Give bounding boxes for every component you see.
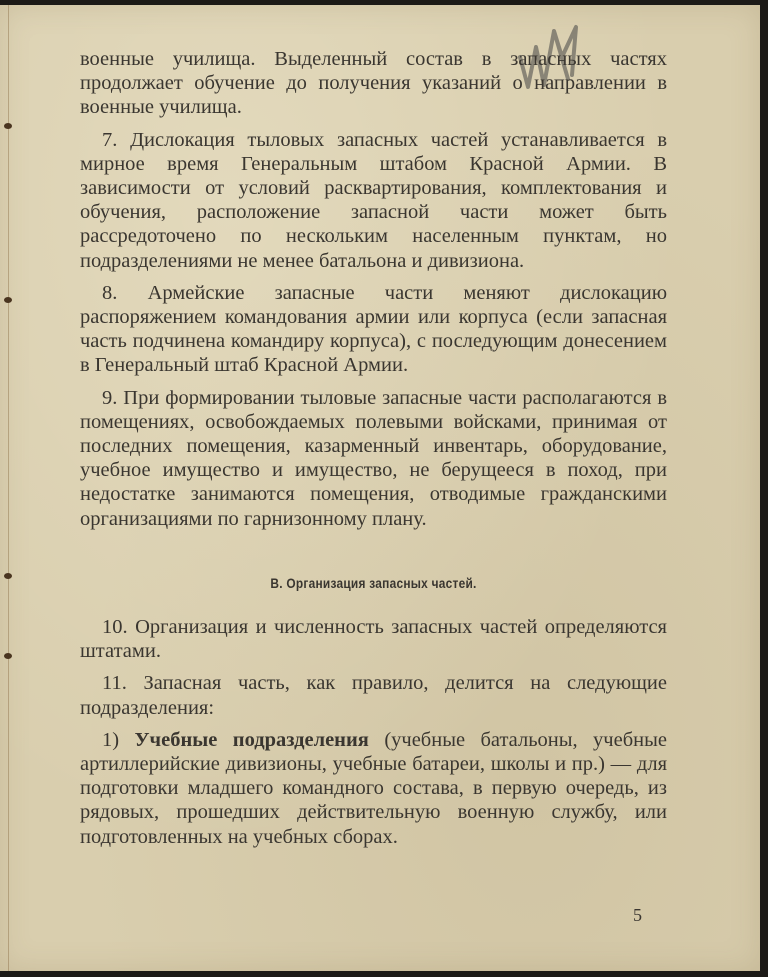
paragraph-number: 7. — [102, 129, 117, 151]
paragraph-text: Запасная часть, как правило, делится на … — [80, 672, 667, 718]
staple-hole — [4, 297, 12, 303]
list-item-term: Учебные подразделения — [134, 729, 368, 751]
page-number: 5 — [633, 905, 642, 926]
paragraph-9: 9. При формировании тыловые запасные час… — [80, 386, 667, 531]
paragraph-8: 8. Армейские запасные части меняют дисло… — [80, 281, 667, 378]
staple-hole — [4, 653, 12, 659]
paragraph-number: 9. — [102, 387, 117, 409]
paragraph-text: Организация и численность запасных часте… — [80, 616, 667, 662]
staple-hole — [4, 573, 12, 579]
paragraph-number: 11. — [102, 672, 127, 694]
paragraph-7: 7. Дислокация тыловых запасных частей ус… — [80, 128, 667, 273]
document-page: военные училища. Выделенный состав в зап… — [0, 5, 760, 971]
list-item-1: 1) Учебные подразделения (учебные баталь… — [80, 728, 667, 849]
list-item-number: 1) — [102, 729, 119, 751]
staple-hole — [4, 123, 12, 129]
paragraph-text: Дислокация тыловых запасных частей устан… — [80, 129, 667, 272]
paragraph-number: 10. — [102, 616, 128, 638]
paragraph-11: 11. Запасная часть, как правило, делится… — [80, 671, 667, 719]
intro-paragraph: военные училища. Выделенный состав в зап… — [80, 47, 667, 120]
paragraph-number: 8. — [102, 282, 117, 304]
binding-edge — [8, 5, 9, 971]
paragraph-text: При формировании тыловые запасные части … — [80, 387, 667, 530]
document-body: военные училища. Выделенный состав в зап… — [80, 47, 667, 857]
paragraph-10: 10. Организация и численность запасных ч… — [80, 615, 667, 663]
paragraph-text: Армейские запасные части меняют дислокац… — [80, 282, 667, 377]
section-heading: В. Организация запасных частей. — [124, 571, 623, 595]
